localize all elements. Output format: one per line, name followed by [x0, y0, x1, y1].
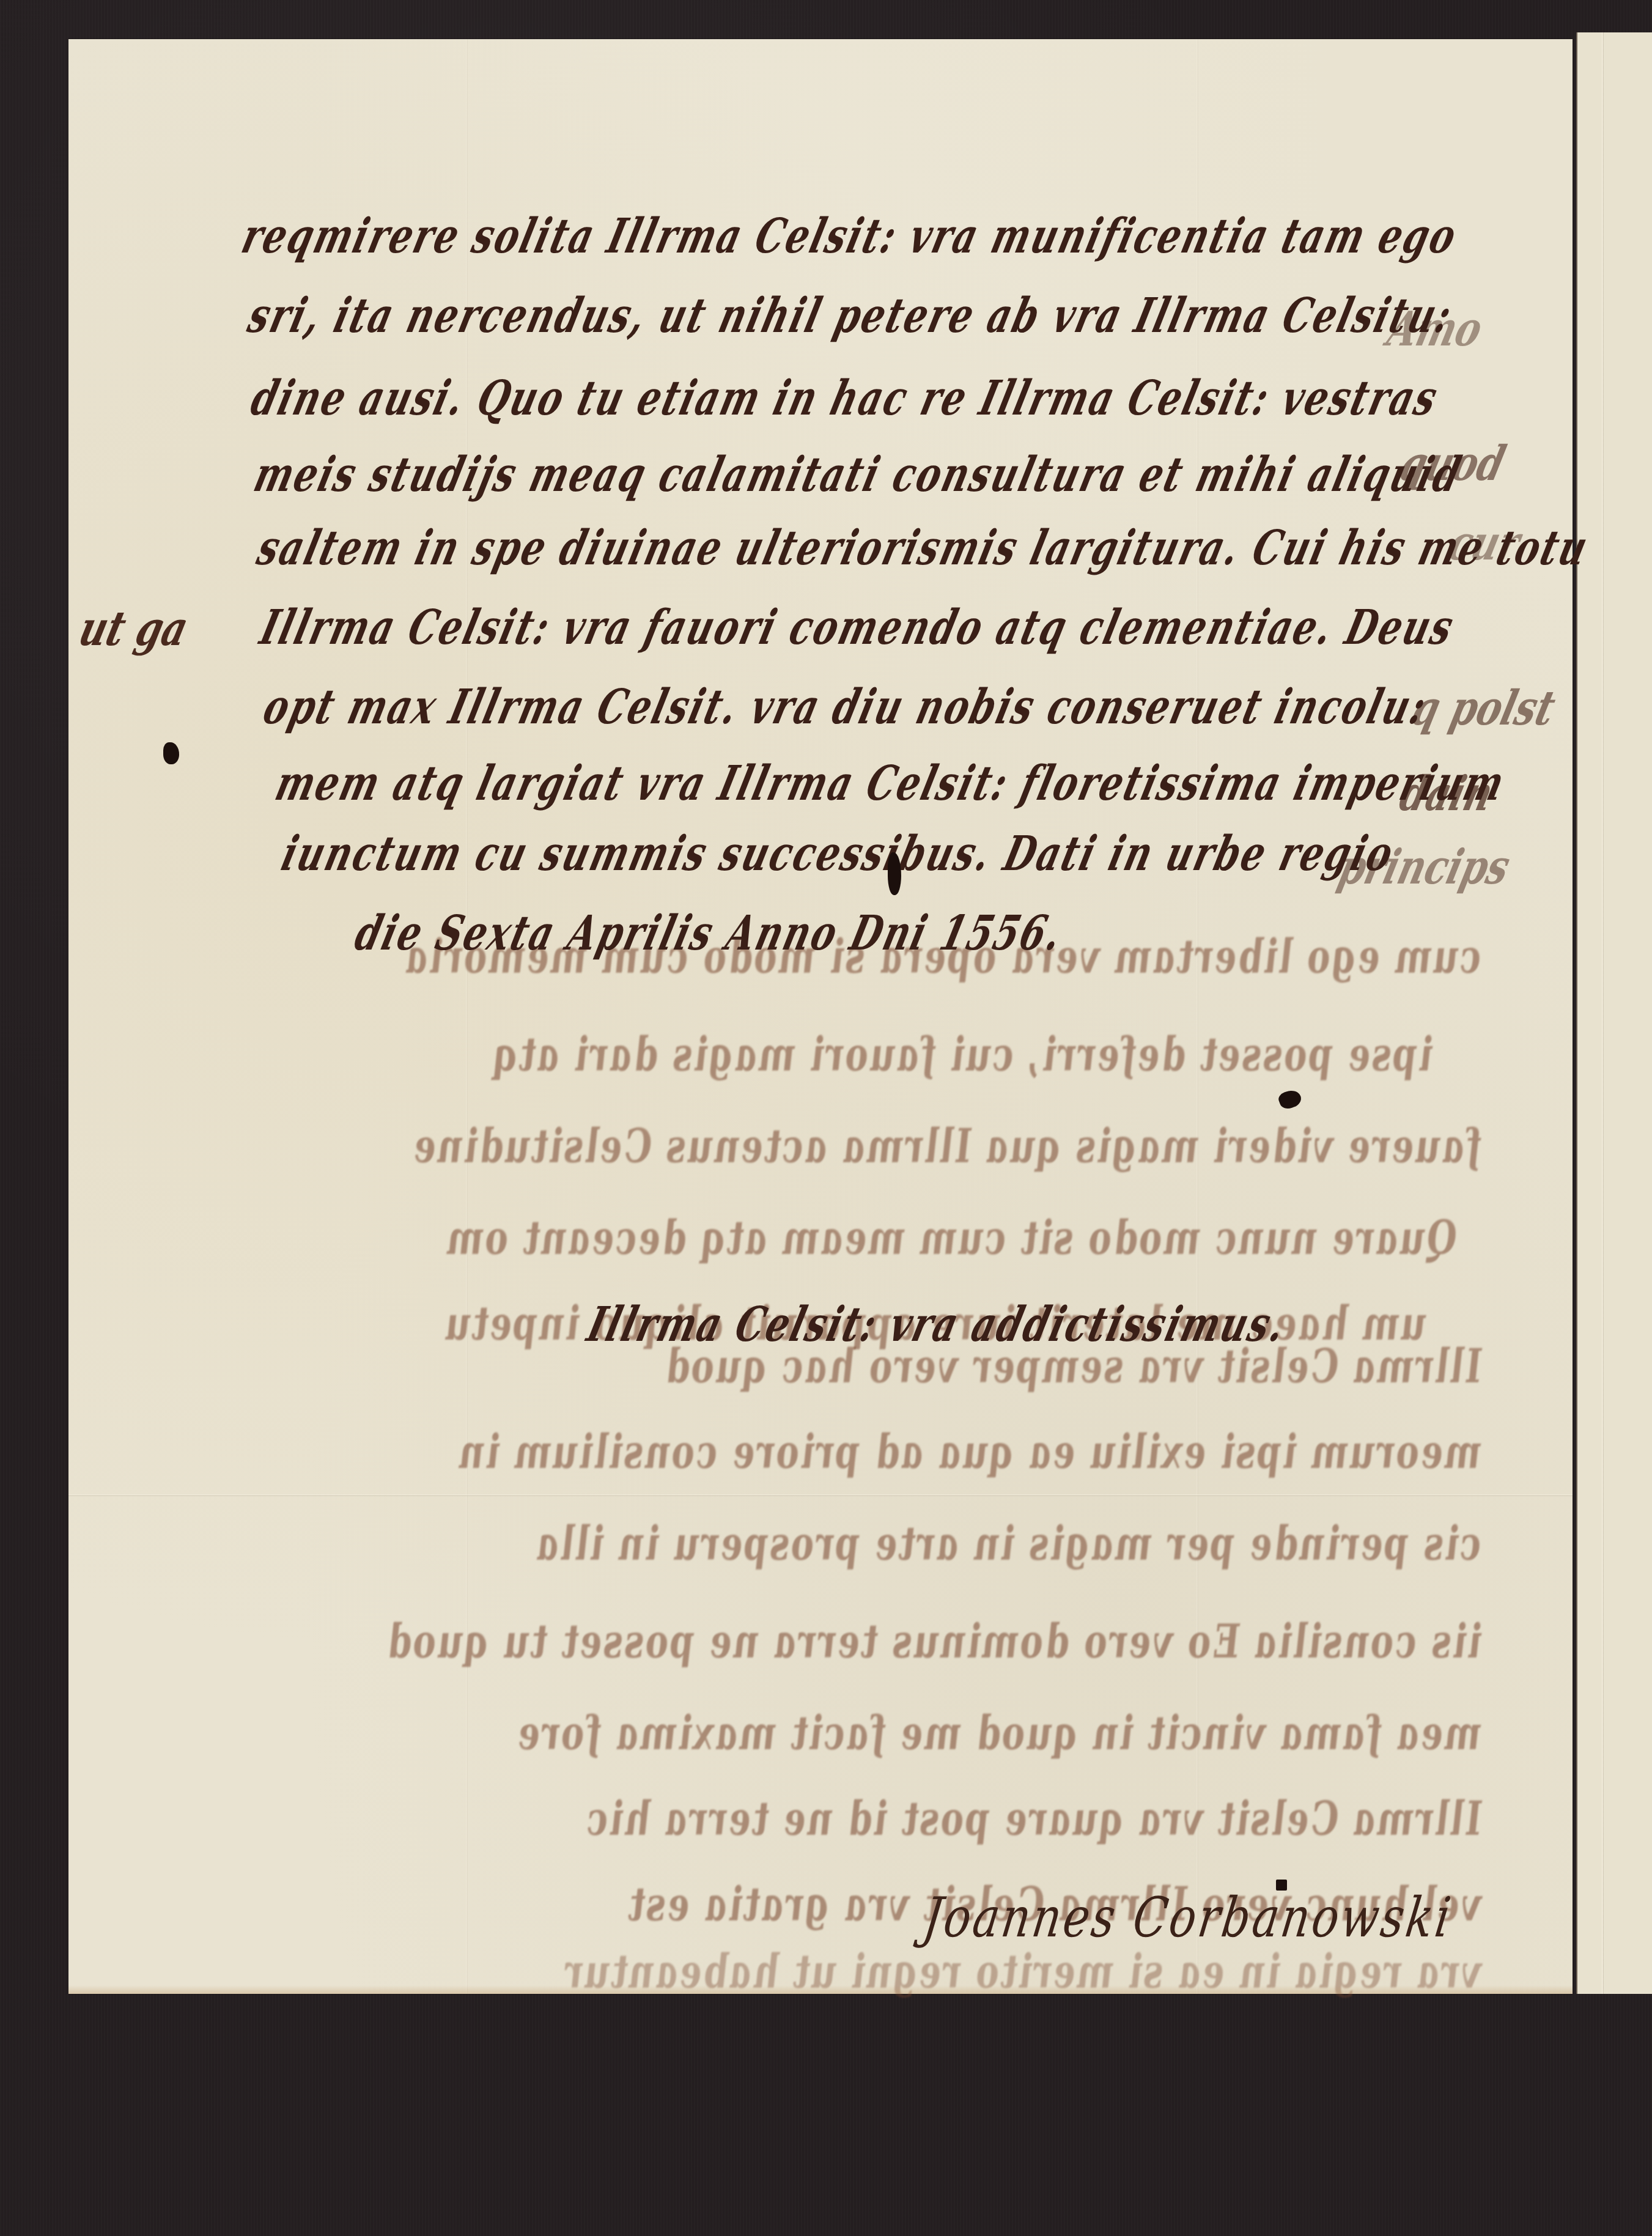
body-line: opt max Illrma Celsit. vra diu nobis con…: [258, 679, 1433, 735]
body-line: meis studijs meaq calamitati consultura …: [249, 446, 1468, 503]
ink-blot: [1277, 1088, 1303, 1112]
date-line: die Sexta Aprilis Anno Dni 1556.: [350, 905, 1069, 961]
body-line: iunctum cu summis successibus. Dati in u…: [276, 825, 1400, 882]
signature: Joannes Corbanowski: [920, 1886, 1457, 1950]
bleed-line: Illrma Celsit vra quare post id ne terra…: [68, 1792, 1488, 1847]
bleed-line: meorum ipsi exiliu ea qua ad priore cons…: [68, 1425, 1488, 1480]
body-line: reqmirere solita Illrma Celsit: vra muni…: [237, 208, 1463, 264]
body-line: Illrma Celsit: vra fauori comendo atq cl…: [255, 599, 1461, 655]
body-line: dine ausi. Quo tu etiam in hac re Illrma…: [246, 370, 1444, 426]
body-line: saltem in spe diuinae ulteriorismis larg…: [252, 520, 1595, 576]
letter-page: cum ego libertam vera opera si modo cum …: [68, 39, 1573, 1994]
paper-crease: [1602, 32, 1604, 1994]
ink-blot: [1276, 1880, 1287, 1891]
ink-blot: [163, 742, 179, 764]
horizontal-fold: [68, 1494, 1573, 1496]
bleed-line: iis consilia Eo vero dominus terra ne po…: [68, 1615, 1488, 1669]
closing-salutation: Illrma Celsit: vra addictissimus.: [582, 1296, 1292, 1352]
bleed-line: cis perinde per magis in arte prosperu i…: [68, 1517, 1488, 1571]
bleed-line: mea fama vincit in quod me facit maxima …: [68, 1707, 1488, 1761]
bleed-line: ipse posset deferri, cui fauori magis da…: [81, 1028, 1439, 1082]
bleed-line: Quare nunc modo sit cum meam atq deceant…: [75, 1211, 1464, 1266]
bleed-line: vra regia in ea si merito regni ut habea…: [68, 1945, 1488, 1999]
body-line: mem atq largiat vra Illrma Celsit: flore…: [270, 755, 1511, 811]
adjacent-sheet: [1576, 32, 1652, 1994]
margin-mark: ut ga: [74, 602, 194, 657]
bleed-line: fauere videri magis qua Illrma actenus C…: [68, 1120, 1488, 1174]
body-line: sri, ita nercendus, ut nihil petere ab v…: [243, 287, 1459, 344]
